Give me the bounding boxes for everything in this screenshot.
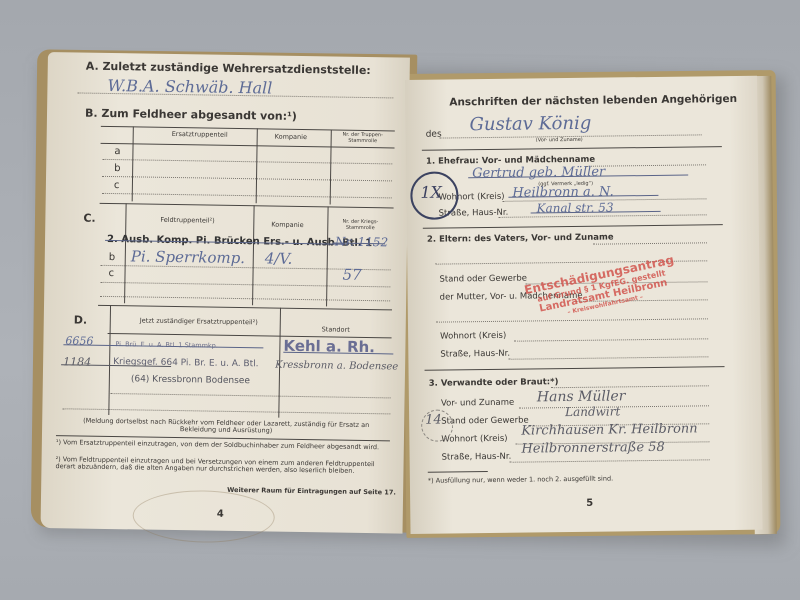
row-key: c	[114, 180, 120, 191]
des-caption: (Vor- und Zuname)	[536, 138, 583, 144]
dotted-line	[102, 176, 392, 182]
des-value: Gustav König	[469, 114, 591, 135]
row-key: b	[114, 163, 121, 174]
rule	[428, 471, 488, 473]
circle-mark-14: 14	[425, 414, 442, 428]
spouse-street: Kanal str. 53	[537, 201, 614, 215]
footnote-2: ²) Vom Feldtruppenteil einzutragen und b…	[55, 456, 391, 476]
section-b-label: B. Zum Feldheer abgesandt von:¹)	[85, 108, 297, 123]
father-occupation-label: Stand oder Gewerbe	[439, 275, 527, 285]
right-footnote: *) Ausfüllung nur, wenn weder 1. noch 2.…	[428, 475, 613, 484]
section-2-label: 2. Eltern: des Vaters, Vor- und Zuname	[427, 233, 614, 245]
section-d-label: D.	[74, 314, 88, 326]
relative-occupation-label: Stand oder Gewerbe	[441, 417, 529, 427]
circle-mark-text: 1X	[420, 184, 442, 202]
page-number-right: 5	[586, 498, 593, 509]
rule	[108, 305, 111, 415]
col-header: Kompanie	[271, 222, 303, 230]
section-d-row2-prefix: 1184	[63, 356, 91, 369]
col-header: Kompanie	[275, 134, 307, 142]
dotted-line	[111, 393, 391, 398]
relative-residence: Kirchhausen Kr. Heilbronn	[521, 422, 697, 438]
rule	[252, 205, 255, 305]
left-page: A. Zuletzt zuständige Wehrersatzdienstst…	[41, 52, 410, 534]
right-title: Anschriften der nächsten lebenden Angehö…	[449, 94, 737, 109]
rule	[124, 203, 127, 303]
section-d-note: (Meldung dortselbst nach Rückkehr vom Fe…	[68, 417, 384, 436]
right-page: Anschriften der nächsten lebenden Angehö…	[405, 76, 763, 534]
footnote-1: ¹) Vom Ersatztruppenteil einzutragen, vo…	[56, 439, 392, 451]
relative-residence-label: Wohnort (Kreis)	[441, 435, 507, 445]
spouse-name: Gertrud geb. Müller	[472, 166, 605, 182]
col-header: Nr. der Kriegs-Stammrolle	[331, 219, 389, 231]
parents-street-label: Straße, Haus-Nr.	[440, 350, 510, 360]
col-header: Feldtruppenteil²)	[160, 217, 214, 225]
rule	[100, 203, 394, 209]
section-d-row3-unit: (64) Kressbronn Bodensee	[131, 375, 250, 387]
rule	[98, 305, 392, 311]
row-key: b	[109, 252, 116, 263]
section-d-row1-prefix: 6656	[65, 335, 93, 348]
more-space-note: Weiterer Raum für Eintragungen auf Seite…	[227, 487, 396, 497]
relative-name-label: Vor- und Zuname	[441, 399, 514, 409]
rule	[101, 126, 395, 132]
section-c-row-b-unit: Pi. Sperrkomp.	[131, 248, 245, 266]
dotted-line	[436, 318, 708, 322]
parents-residence-label: Wohnort (Kreis)	[440, 332, 506, 342]
rule	[326, 206, 329, 306]
rule	[256, 128, 258, 203]
section-d-row2-location: Kressbronn a. Bodensee	[275, 360, 398, 373]
rule	[425, 366, 725, 371]
dotted-line	[551, 385, 709, 388]
section-a-label: A. Zuletzt zuständige Wehrersatzdienstst…	[86, 61, 371, 78]
rule	[422, 146, 722, 151]
relative-name: Hans Müller	[537, 389, 626, 405]
section-c-label: C.	[83, 213, 95, 225]
col-header: Standort	[322, 326, 350, 334]
dotted-line	[510, 459, 710, 462]
rule	[132, 126, 134, 201]
dotted-line	[508, 356, 708, 359]
dotted-line	[499, 214, 707, 218]
section-d-row2-unit: Kriegsgef. 664 Pi. Br. E. u. A. Btl.	[113, 358, 259, 370]
dotted-line	[514, 338, 708, 341]
dotted-line	[102, 193, 392, 199]
dotted-line	[100, 296, 390, 302]
row-key: a	[114, 146, 120, 157]
rule	[423, 224, 723, 229]
page-number-left: 4	[217, 509, 224, 520]
section-3-label: 3. Verwandte oder Braut:*)	[429, 378, 559, 389]
relative-occupation: Landwirt	[565, 405, 620, 419]
relative-street: Heilbronnerstraße 58	[521, 441, 664, 457]
des-label: des	[426, 131, 442, 141]
col-header: Ersatztruppenteil	[172, 131, 228, 139]
dotted-line	[62, 408, 390, 414]
col-header: Nr. der Truppen-Stammrolle	[335, 133, 391, 145]
section-c-row-b-number: 57	[342, 267, 361, 284]
dotted-line	[593, 242, 707, 244]
section-c-row-b-company: 4/V.	[265, 250, 293, 267]
rule	[330, 129, 332, 204]
row-key: c	[108, 268, 114, 279]
relative-street-label: Straße, Haus-Nr.	[442, 453, 512, 463]
col-header: Jetzt zuständiger Ersatztruppenteil²)	[140, 317, 258, 326]
dotted-line	[102, 159, 392, 165]
